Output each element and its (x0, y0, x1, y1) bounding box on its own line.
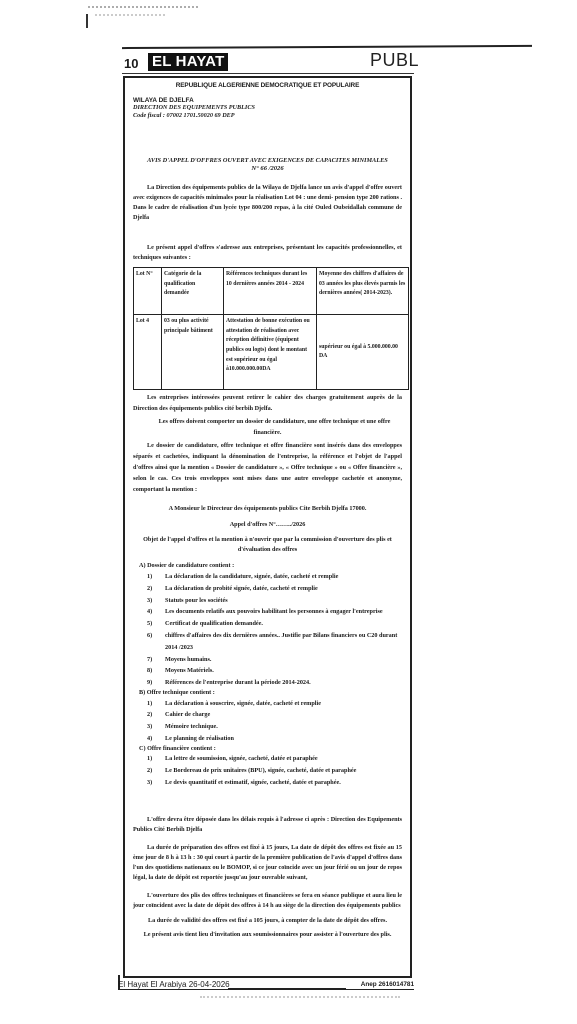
duree-preparation-paragraph: La durée de préparation des offres est f… (133, 843, 402, 883)
list-item: 1)La lettre de soumission, signée, cache… (165, 753, 402, 765)
list-item: 2)La déclaration de probité signée, daté… (165, 583, 402, 595)
page-top-rule (122, 45, 532, 49)
retrait-paragraph: Les entreprises intéressées peuvent reti… (133, 392, 402, 414)
table-header-cell: Catégorie de la qualification demandée (162, 268, 224, 315)
table-header-cell: Références techniques durant les 10 dern… (224, 268, 317, 315)
section-c-title: C) Offre financière contient : (139, 745, 402, 754)
table-header-cell: Moyenne des chiffres d'affaires de 03 an… (317, 268, 409, 315)
header-rule (122, 73, 414, 74)
tender-notice-content: REPUBLIQUE ALGERIENNE DEMOCRATIQUE ET PO… (133, 82, 402, 940)
list-item: 8)Moyens Matériels. (165, 665, 402, 677)
table-cell-references: Attestation de bonne exécution ou attest… (224, 315, 317, 390)
list-item: 7)Moyens humains. (165, 654, 402, 666)
list-item: 3)Statuts pour les sociétés (165, 595, 402, 607)
objet-line: Objet de l'appel d'offres et la mention … (133, 535, 402, 555)
republic-heading: REPUBLIQUE ALGERIENNE DEMOCRATIQUE ET PO… (133, 82, 402, 89)
code-fiscal: Code fiscal : 07002 1701.50020 69 DEP (133, 112, 402, 120)
newspaper-masthead: EL HAYAT (148, 53, 228, 71)
table-header-row: Lot N° Catégorie de la qualification dem… (134, 268, 409, 315)
tender-notice-box: REPUBLIQUE ALGERIENNE DEMOCRATIQUE ET PO… (123, 76, 412, 978)
section-b-title: B) Offre technique contient : (139, 689, 402, 698)
section-b-list: 1)La déclaration à souscrire, signée, da… (133, 698, 402, 745)
list-item: 4)Le planning de réalisation (165, 733, 402, 745)
enveloppes-paragraph: Le dossier de candidature, offre techniq… (133, 440, 402, 495)
appel-offres-number: Appel d'offres N°……../2026 (133, 521, 402, 530)
notice-title: AVIS D'APPEL D'OFFRES OUVERT AVEC EXIGEN… (133, 157, 402, 164)
table-cell-chiffre: supérieur ou égal à 5.000.000.00 DA (317, 315, 409, 390)
list-item: 3)Le devis quantitatif et estimatif, sig… (165, 777, 402, 789)
list-item: 1)La déclaration de la candidature, sign… (165, 571, 402, 583)
table-cell-categorie: 03 ou plus activité principale bâtiment (162, 315, 224, 390)
section-a-list: 1)La déclaration de la candidature, sign… (133, 571, 402, 689)
anep-reference: Anep 2616014781 (361, 981, 414, 988)
list-item: 1)La déclaration à souscrire, signée, da… (165, 698, 402, 710)
offres-contenu-paragraph: Les offres doivent comporter un dossier … (133, 416, 402, 438)
publication-credit: El Hayat El Arabiya 26-04-2026 (118, 980, 230, 989)
table-cell-lot: Lot 4 (134, 315, 162, 390)
scan-artifact (200, 996, 400, 1000)
scan-artifact (88, 6, 198, 11)
list-item: 9)Références de l'entreprise durant la p… (165, 677, 402, 689)
list-item: 3)Mémoire technique. (165, 721, 402, 733)
notice-number: N° 66 /2026 (133, 165, 402, 174)
scan-artifact (86, 14, 88, 28)
section-tag: PUBL (370, 50, 419, 71)
scope-paragraph: Le présent appel d'offres s'adresse aux … (133, 243, 402, 263)
address-line: A Monsieur le Directeur des équipements … (133, 505, 402, 514)
page-number: 10 (124, 56, 138, 71)
capacity-requirements-table: Lot N° Catégorie de la qualification dem… (133, 267, 409, 390)
list-item: 2)Le Bordereau de prix unitaires (BPU), … (165, 765, 402, 777)
table-row: Lot 4 03 ou plus activité principale bât… (134, 315, 409, 390)
invitation-line: Le présent avis tient lieu d'invitation … (133, 931, 402, 940)
scan-artifact (95, 14, 165, 18)
section-c-list: 1)La lettre de soumission, signée, cache… (133, 753, 402, 788)
wilaya-label: WILAYA DE DJELFA (133, 97, 402, 104)
ouverture-paragraph: L'ouverture des plis des offres techniqu… (133, 891, 402, 911)
list-item: 4)Les documents relatifs aux pouvoirs ha… (165, 606, 402, 618)
depot-paragraph: L'offre devra être déposée dans les déla… (133, 815, 402, 835)
list-item: 2)Cahier de charge (165, 709, 402, 721)
validite-line: La durée de validité des offres est fixé… (133, 917, 402, 926)
table-header-cell: Lot N° (134, 268, 162, 315)
direction-label: DIRECTION DES EQUIPEMENTS PUBLICS (133, 104, 402, 112)
list-item: 6)chiffres d'affaires des dix dernières … (165, 630, 402, 654)
footer-rule (118, 989, 414, 990)
list-item: 5)Certificat de qualification demandée. (165, 618, 402, 630)
section-a-title: A) Dossier de candidature contient : (139, 562, 402, 571)
intro-paragraph: La Direction des équipements publics de … (133, 183, 402, 223)
